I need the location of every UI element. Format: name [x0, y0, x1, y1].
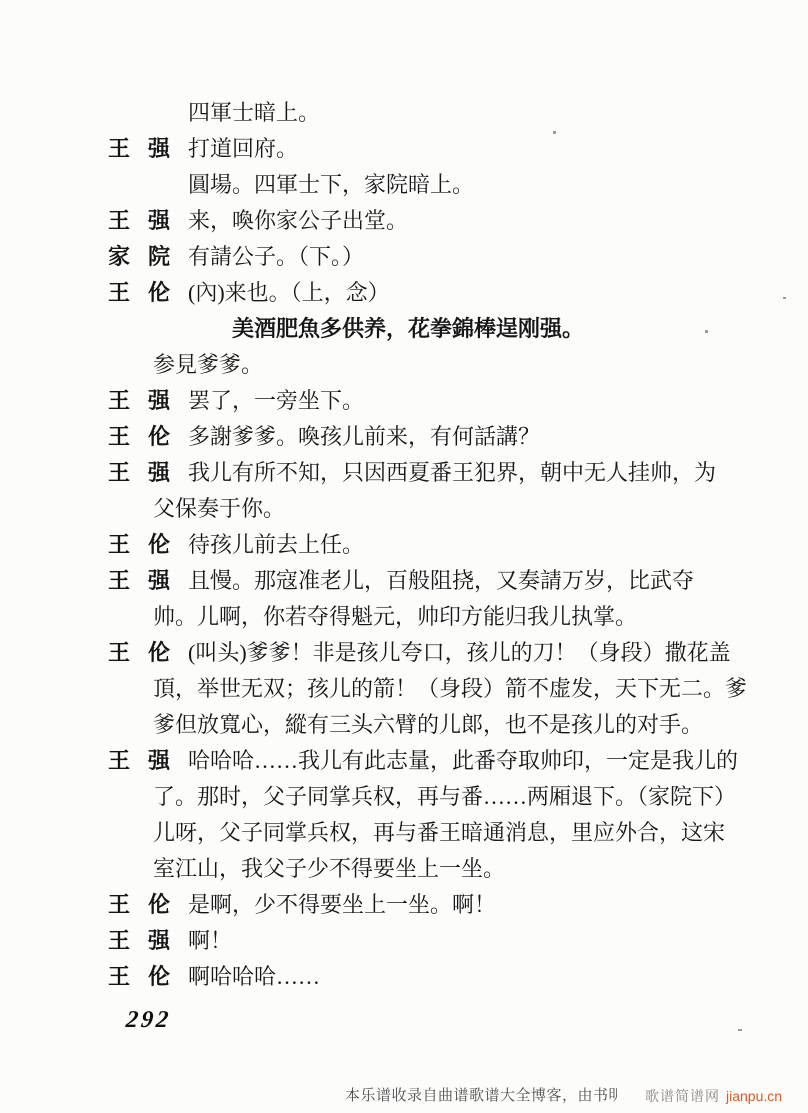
- speaker-name: 王伦: [108, 527, 188, 563]
- script-line-dialogue: 王强打道回府。: [0, 131, 808, 167]
- script-line-continuation: 父保奏于你。: [0, 491, 808, 527]
- script-line-dialogue: 王伦(內)来也。（上，念）: [0, 275, 808, 311]
- line-text: 待孩儿前去上任。: [188, 527, 364, 563]
- site-url: jianpu.cn: [726, 1088, 782, 1104]
- script-line-recite: 参見爹爹。: [0, 347, 808, 383]
- scan-speck: [705, 330, 708, 333]
- page-number: 292: [125, 1007, 808, 1034]
- speaker-name: 王强: [108, 923, 188, 959]
- watermark-text: 本乐谱收录自曲谱歌谱大全博客，由书明: [345, 1084, 617, 1105]
- script-body: 四軍士暗上。王强打道回府。圓場。四軍士下，家院暗上。王强来，喚你家公子出堂。家院…: [0, 0, 808, 995]
- script-line-continuation: 爹但放寬心，縱有三头六臂的儿郞，也不是孩儿的对手。: [0, 707, 808, 743]
- speaker-name: 王伦: [108, 887, 188, 923]
- site-watermark: 歌谱简谱网jianpu.cn: [645, 1086, 782, 1106]
- site-name: 歌谱简谱网: [645, 1088, 720, 1104]
- script-line-continuation: 儿呀，父子同掌兵权，再与番王暗通消息，里应外合，这宋: [0, 815, 808, 851]
- line-text: (內)来也。（上，念）: [188, 275, 390, 311]
- line-text: 爹但放寬心，縱有三头六臂的儿郞，也不是孩儿的对手。: [153, 707, 703, 743]
- speaker-name: 王强: [108, 455, 188, 491]
- line-text: 啊！: [188, 923, 232, 959]
- line-text: 了。那时，父子同掌兵权，再与番……两厢退下。（家院下）: [153, 779, 736, 815]
- script-line-dialogue: 王伦多謝爹爹。喚孩儿前来，有何話講？: [0, 419, 808, 455]
- line-text: 啊哈哈哈……: [188, 959, 320, 995]
- line-text: 多謝爹爹。喚孩儿前来，有何話講？: [188, 419, 540, 455]
- script-line-dialogue: 王强啊！: [0, 923, 808, 959]
- scanned-script-page: 四軍士暗上。王强打道回府。圓場。四軍士下，家院暗上。王强来，喚你家公子出堂。家院…: [0, 0, 808, 1113]
- speaker-name: 王强: [108, 563, 188, 599]
- line-text: 圓場。四軍士下，家院暗上。: [188, 167, 474, 203]
- script-line-dialogue: 王强哈哈哈……我儿有此志量，此番夺取帅印，一定是我儿的: [0, 743, 808, 779]
- script-line-dialogue: 家院有請公子。（下。）: [0, 239, 808, 275]
- script-line-direction: 圓場。四軍士下，家院暗上。: [0, 167, 808, 203]
- speaker-name: 王强: [108, 131, 188, 167]
- script-line-continuation: 了。那时，父子同掌兵权，再与番……两厢退下。（家院下）: [0, 779, 808, 815]
- script-line-dialogue: 王伦待孩儿前去上任。: [0, 527, 808, 563]
- script-line-continuation: 帅。儿啊，你若夺得魁元，帅印方能归我儿执掌。: [0, 599, 808, 635]
- script-line-dialogue: 王强我儿有所不知，只因西夏番王犯界，朝中无人挂帅，为: [0, 455, 808, 491]
- watermark-footer: 本乐谱收录自曲谱歌谱大全博客，由书明 歌谱简谱网jianpu.cn: [0, 1080, 808, 1113]
- script-line-dialogue: 王强来，喚你家公子出堂。: [0, 203, 808, 239]
- line-text: 来，喚你家公子出堂。: [188, 203, 408, 239]
- scan-speck: [783, 297, 786, 299]
- line-text: 哈哈哈……我儿有此志量，此番夺取帅印，一定是我儿的: [188, 743, 738, 779]
- line-text: (叫头)爹爹！非是孩儿夸口，孩儿的刀！（身段）撒花盖: [188, 635, 731, 671]
- script-line-continuation: 頂，举世无双；孩儿的箭！（身段）箭不虚发，天下无二。爹: [0, 671, 808, 707]
- speaker-name: 王伦: [108, 275, 188, 311]
- line-text: 帅。儿啊，你若夺得魁元，帅印方能归我儿执掌。: [153, 599, 637, 635]
- line-text: 頂，举世无双；孩儿的箭！（身段）箭不虚发，天下无二。爹: [153, 671, 747, 707]
- line-text: 打道回府。: [188, 131, 298, 167]
- line-text: 美酒肥魚多供养，花拳錦棒逞刚强。: [232, 311, 584, 347]
- scan-speck: [553, 131, 556, 134]
- line-text: 参見爹爹。: [153, 347, 263, 383]
- line-text: 罢了，一旁坐下。: [188, 383, 364, 419]
- scan-speck: [738, 1029, 742, 1031]
- script-line-dialogue: 王伦啊哈哈哈……: [0, 959, 808, 995]
- line-text: 我儿有所不知，只因西夏番王犯界，朝中无人挂帅，为: [188, 455, 716, 491]
- script-line-dialogue: 王强罢了，一旁坐下。: [0, 383, 808, 419]
- speaker-name: 王强: [108, 203, 188, 239]
- script-line-continuation: 室江山，我父子少不得要坐上一坐。: [0, 851, 808, 887]
- line-text: 且慢。那寇准老儿，百般阻挠，又奏請万岁，比武夺: [188, 563, 694, 599]
- line-text: 有請公子。（下。）: [188, 239, 364, 275]
- speaker-name: 王伦: [108, 959, 188, 995]
- script-line-direction: 四軍士暗上。: [0, 95, 808, 131]
- speaker-name: 王强: [108, 743, 188, 779]
- speaker-name: 王伦: [108, 635, 188, 671]
- line-text: 父保奏于你。: [153, 491, 285, 527]
- line-text: 是啊，少不得要坐上一坐。啊！: [188, 887, 496, 923]
- script-line-dialogue: 王伦是啊，少不得要坐上一坐。啊！: [0, 887, 808, 923]
- line-text: 儿呀，父子同掌兵权，再与番王暗通消息，里应外合，这宋: [153, 815, 725, 851]
- script-line-dialogue: 王强且慢。那寇准老儿，百般阻挠，又奏請万岁，比武夺: [0, 563, 808, 599]
- speaker-name: 王强: [108, 383, 188, 419]
- line-text: 四軍士暗上。: [188, 95, 320, 131]
- script-line-verse: 美酒肥魚多供养，花拳錦棒逞刚强。: [0, 311, 808, 347]
- script-line-dialogue: 王伦(叫头)爹爹！非是孩儿夸口，孩儿的刀！（身段）撒花盖: [0, 635, 808, 671]
- line-text: 室江山，我父子少不得要坐上一坐。: [153, 851, 505, 887]
- speaker-name: 家院: [108, 239, 188, 275]
- speaker-name: 王伦: [108, 419, 188, 455]
- watermark-clipped-char: 明: [609, 1084, 617, 1105]
- watermark-text-main: 本乐谱收录自曲谱歌谱大全博客，由书: [345, 1087, 609, 1104]
